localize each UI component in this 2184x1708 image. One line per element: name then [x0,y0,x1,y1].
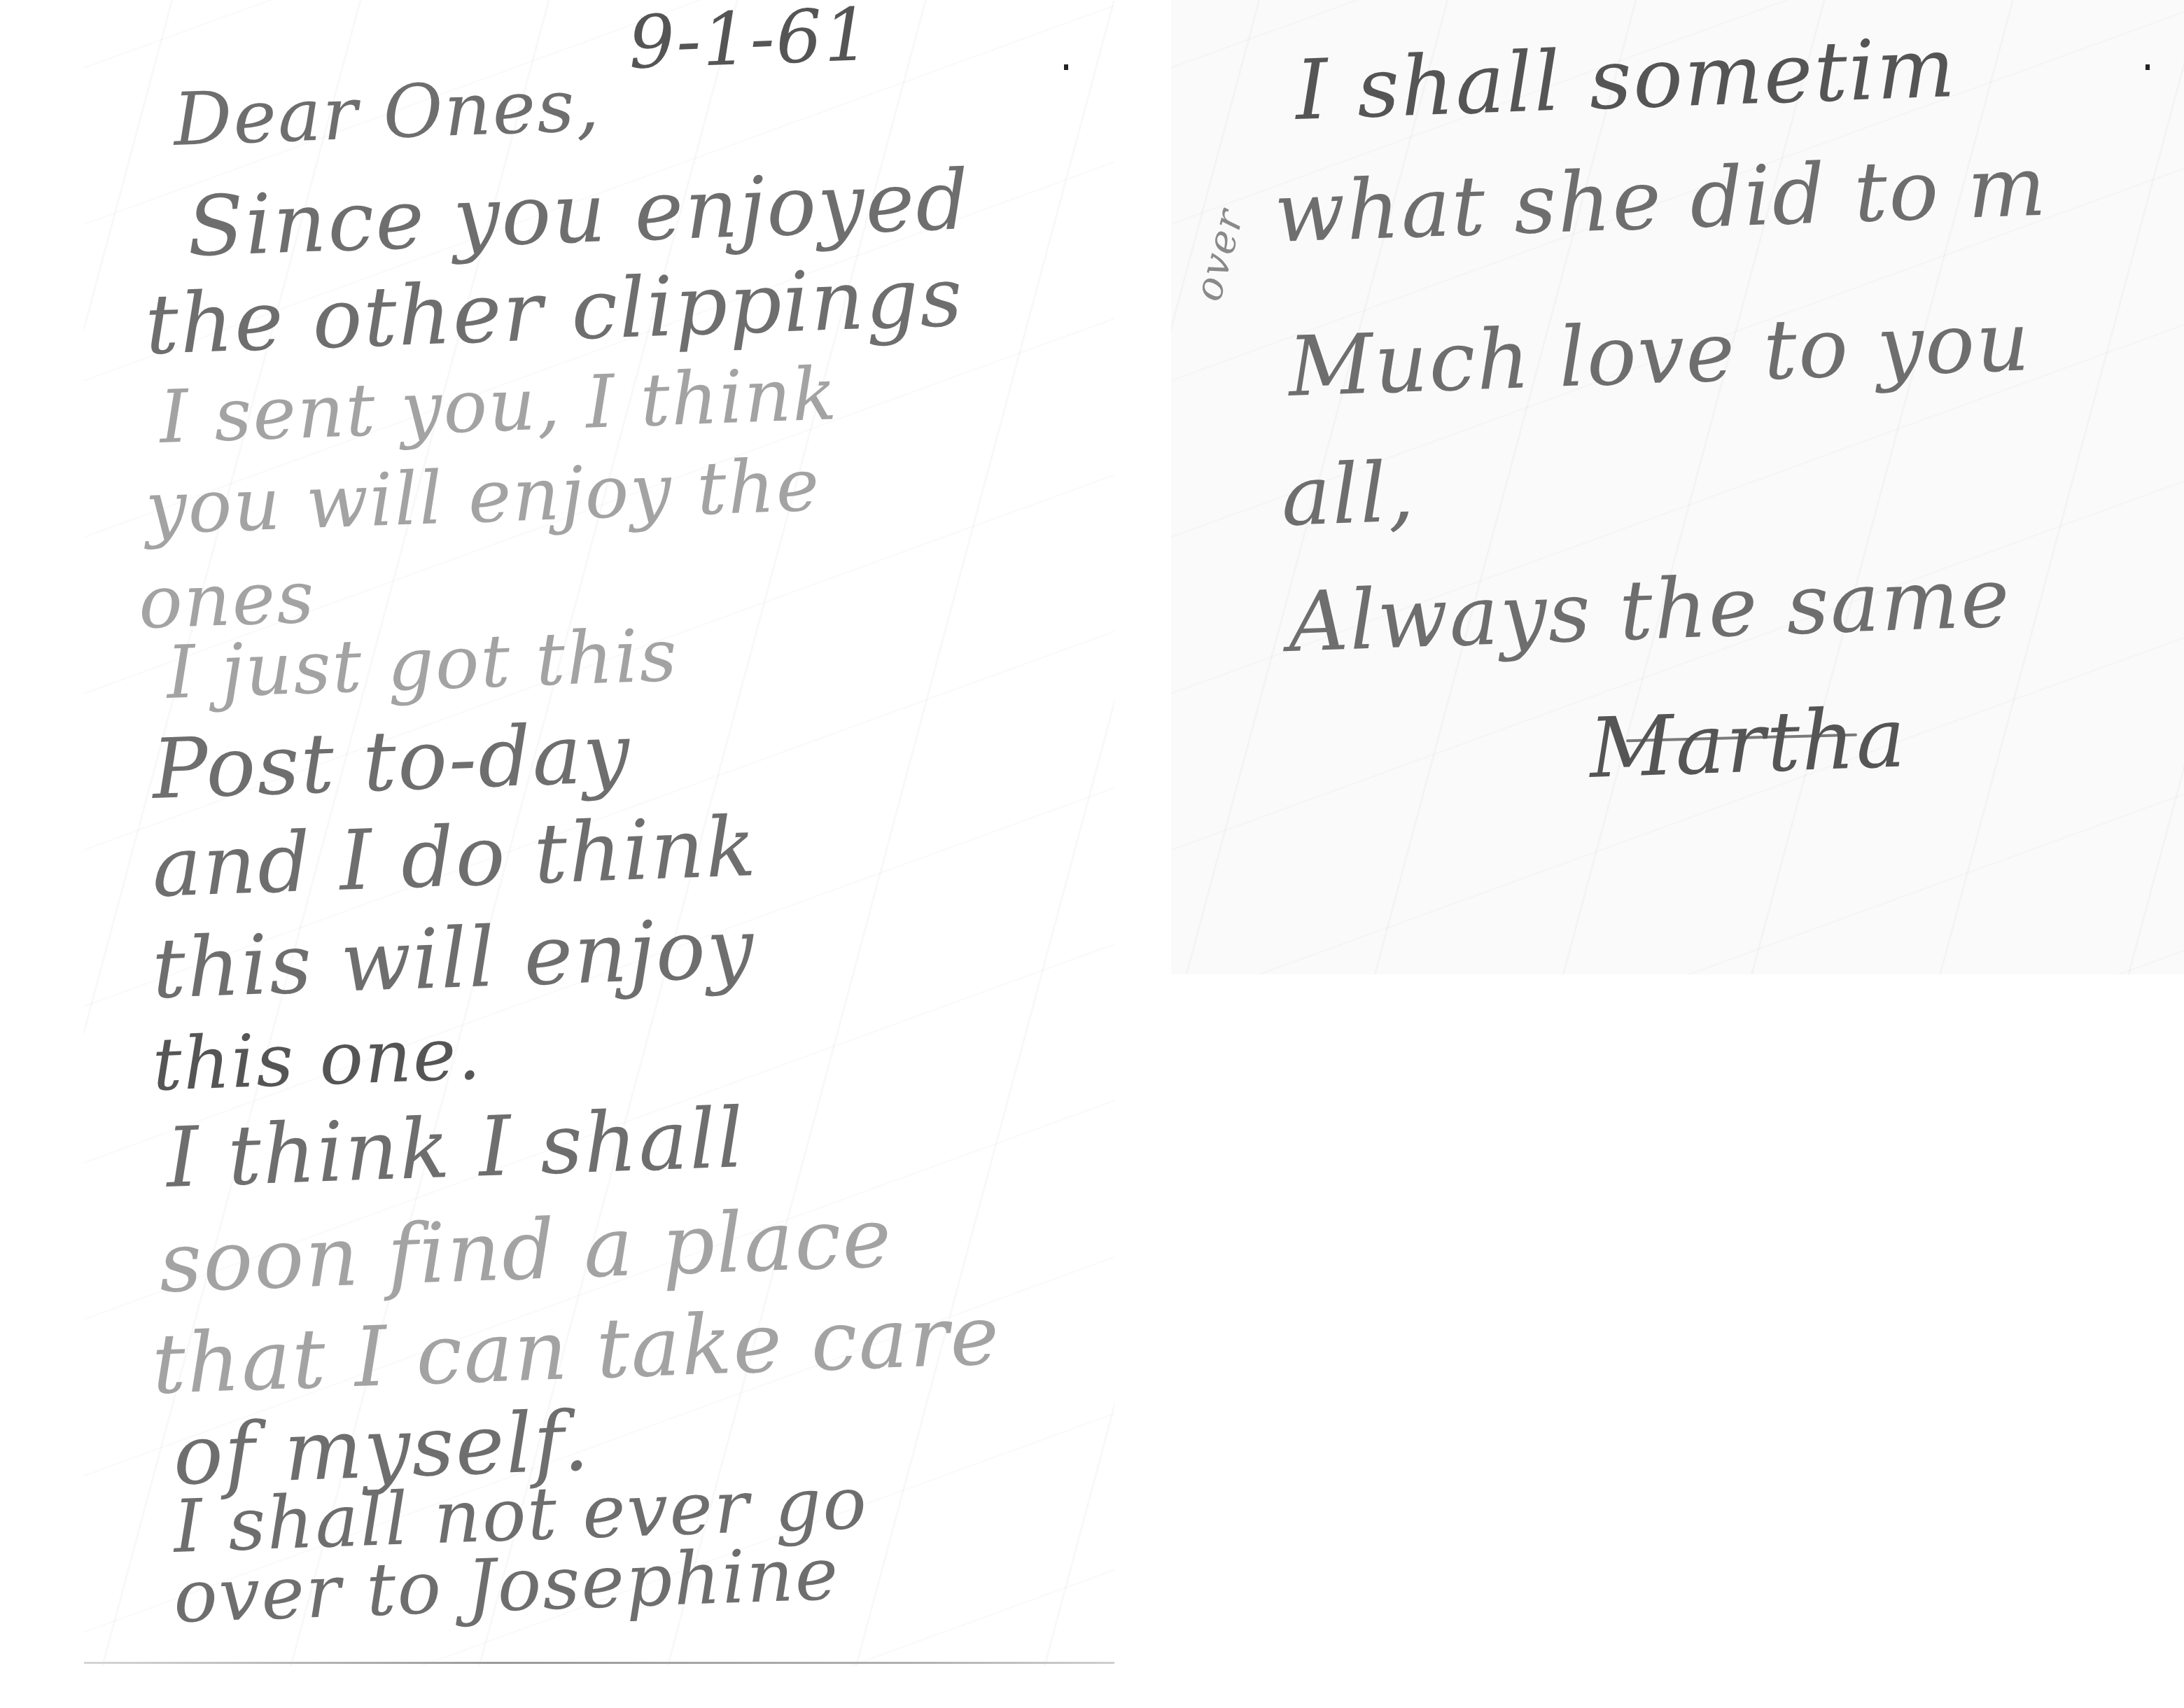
letter-page-left: 9-1-61 Dear Ones, Since you enjoyed the … [84,0,1114,1666]
letter-line: I just got this [165,612,680,715]
letter-line: I shall sometim [1294,19,1958,139]
letter-page-right: over I shall sometim what she did to m M… [1171,0,2184,974]
margin-note: over [1185,204,1253,306]
page-bottom-edge [84,1662,1114,1664]
signature: Martha [1588,689,1908,797]
letter-line: this will enjoy [150,899,756,1017]
letter-line: I think I shall [164,1089,746,1206]
letter-line: you will enjoy the [144,442,822,551]
salutation: Dear Ones, [172,62,602,162]
letter-date: 9-1-61 [627,0,873,85]
letter-line: Post to-day [150,704,632,818]
letter-line: Much love to you [1287,293,2032,415]
letter-line: all, [1280,443,1417,545]
letter-line: what she did to m [1273,138,2049,261]
letter-line: and I do think [150,798,759,916]
letter-line: soon find a place [157,1189,894,1311]
scan-speck [2145,64,2150,70]
scan-speck [1064,64,1068,70]
letter-line: this one. [151,1011,484,1107]
closing-line: Always the same [1287,549,2012,671]
